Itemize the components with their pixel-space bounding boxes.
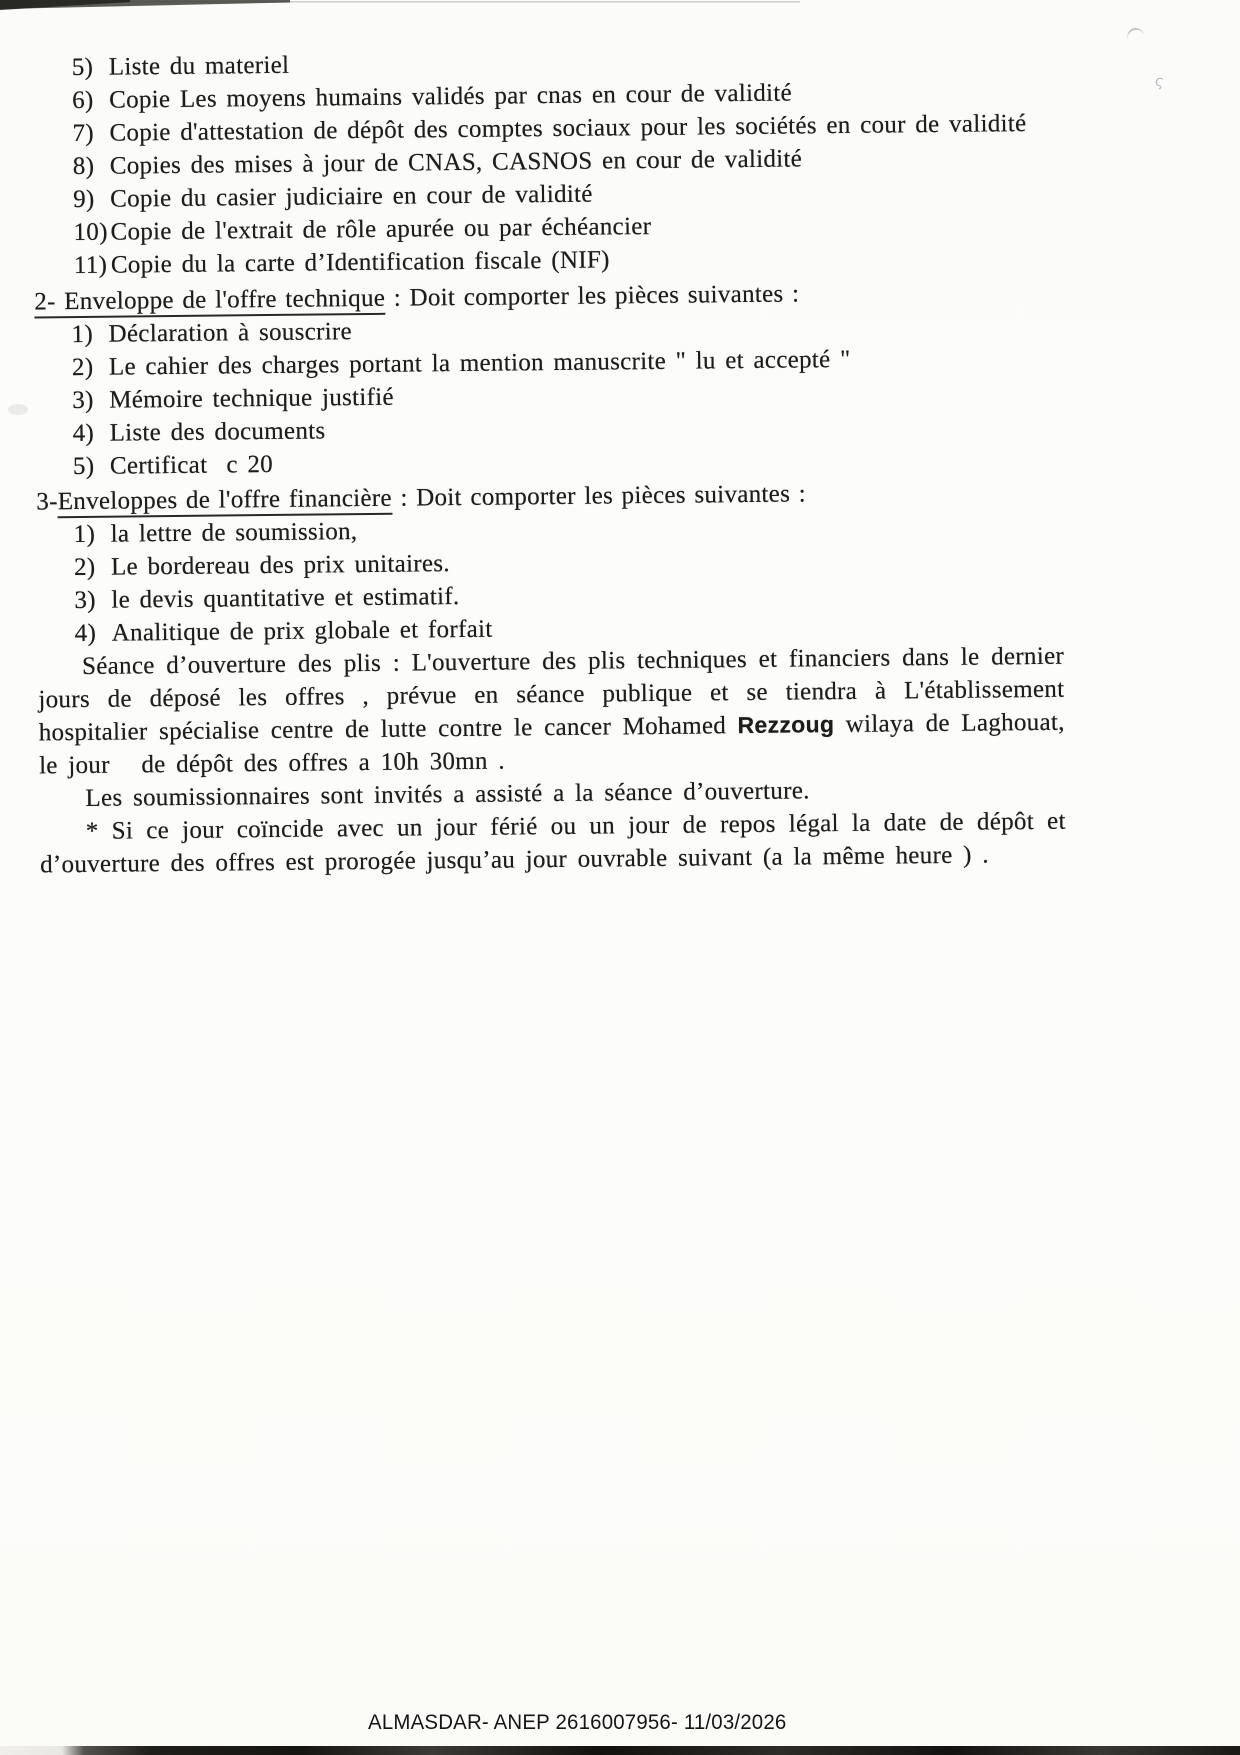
list-number: 2) — [74, 551, 111, 584]
list-number: 7) — [72, 117, 109, 150]
list-number: 11) — [74, 249, 111, 282]
heading-prefix: 3- — [36, 488, 58, 515]
document-body: 5) Liste du materiel 6) Copie Les moyens… — [32, 41, 1067, 882]
heading-underlined-text: Enveloppes de l'offre financière — [58, 485, 392, 518]
paragraph-text: wilaya de Laghouat, — [834, 709, 1065, 738]
list-number: 8) — [73, 150, 110, 183]
list-number: 5) — [73, 450, 110, 483]
list-number: 2) — [72, 351, 109, 384]
scan-edge-artifact-top — [0, 0, 820, 14]
list-number: 5) — [72, 51, 109, 84]
scan-crease — [1147, 118, 1155, 230]
list-number: 3) — [72, 384, 109, 417]
heading-underlined-text: 2- Enveloppe de l'offre technique — [34, 285, 385, 319]
scan-edge-artifact-bottom — [0, 1746, 1240, 1755]
list-number: 1) — [74, 518, 111, 551]
list-number: 10) — [73, 216, 110, 249]
list-number: 4) — [72, 417, 109, 450]
list-number: 9) — [73, 183, 110, 216]
scan-speck: ς — [1154, 71, 1165, 90]
paragraph-opening-session: Séance d’ouverture des plis : L'ouvertur… — [38, 640, 1065, 783]
publication-reference-footer: ALMASDAR- ANEP 2616007956- 11/03/2026 — [368, 1710, 786, 1735]
scanned-tender-document-page: { "checklist": [ {"num": "5)", "text": "… — [0, 0, 1240, 1755]
heading-suffix: : Doit comporter les pièces suivantes : — [385, 280, 799, 311]
list-number: 4) — [75, 617, 112, 650]
list-number: 6) — [72, 84, 109, 117]
scan-smudge — [8, 404, 28, 415]
paragraph-text: hospitalier spécialise centre de lutte c… — [39, 712, 738, 746]
list-number: 1) — [71, 318, 108, 351]
scan-speck — [1125, 26, 1145, 41]
paragraph-holiday-note: * Si ce jour coïncide avec un jour férié… — [40, 805, 1067, 882]
list-number: 3) — [74, 584, 111, 617]
person-name: Rezzoug — [737, 711, 834, 738]
heading-suffix: : Doit comporter les pièces suivantes : — [392, 480, 806, 511]
